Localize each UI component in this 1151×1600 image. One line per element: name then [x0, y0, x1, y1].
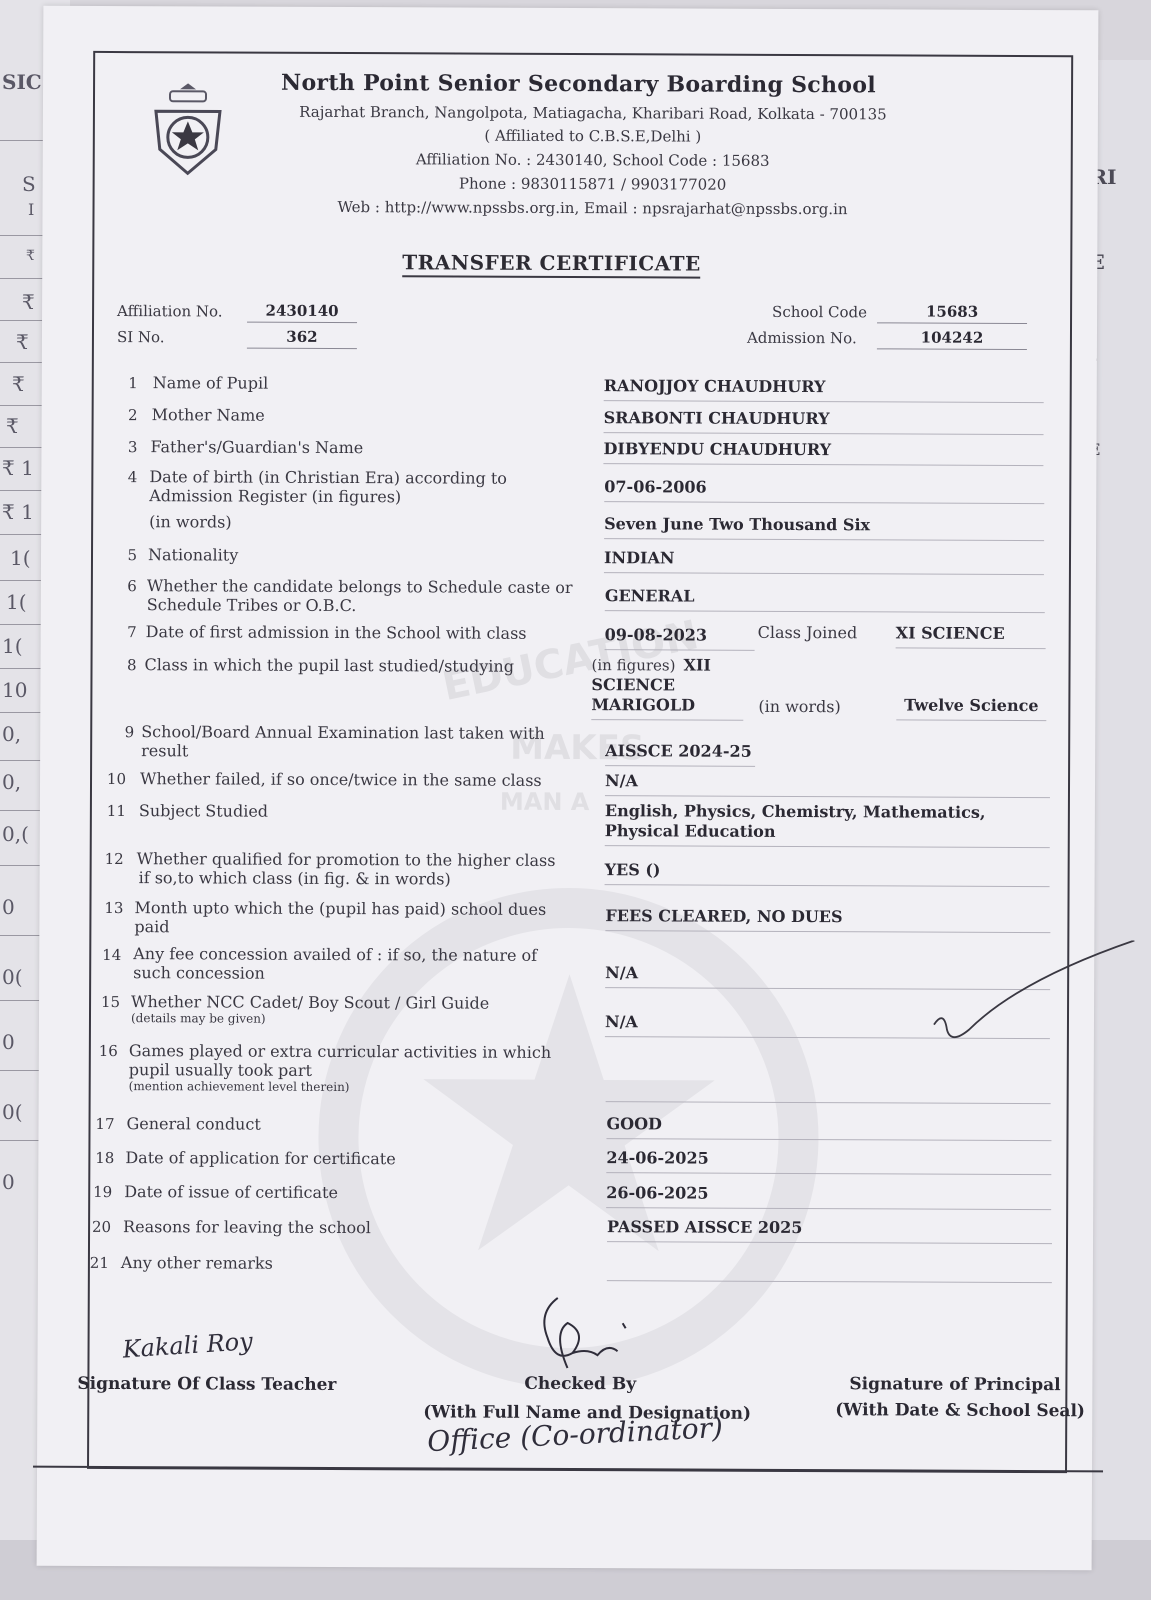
field-label-first-admission: Date of first admission in the School wi… [146, 622, 527, 643]
field-value-last-class: XII [683, 656, 710, 676]
in-figures-label: (in figures) [591, 656, 675, 674]
field-label-application-date: Date of application for certificate [125, 1148, 395, 1168]
field-value-dues: FEES CLEARED, NO DUES [605, 906, 1050, 933]
background-fragment: 0, [2, 770, 21, 794]
field-label-line: paid [134, 917, 169, 936]
row-number: 14 [95, 946, 121, 964]
row-number: 19 [86, 1183, 112, 1201]
field-label-line: Date of birth (in Christian Era) accordi… [149, 467, 507, 488]
row-number: 4 [111, 468, 137, 486]
field-value-activities [606, 1076, 1051, 1104]
checked-by-label: Checked By [524, 1374, 636, 1394]
background-fragment: ₹ [26, 248, 35, 264]
background-fragment: S [22, 172, 36, 196]
field-label-line: pupil usually took part [129, 1060, 312, 1080]
field-label-line: Month upto which the (pupil has paid) sc… [134, 898, 546, 919]
field-value-dob-figures: 07-06-2006 [604, 477, 1044, 504]
subjects-line: Physical Education [605, 821, 776, 841]
background-fragment: 1( [10, 546, 31, 570]
field-value-last-class-stream: SCIENCE [591, 675, 675, 695]
background-fragment: ₹ [16, 330, 29, 354]
field-label-dob: Date of birth (in Christian Era) accordi… [149, 467, 507, 507]
affiliation-no-label: Affiliation No. [117, 302, 223, 320]
row-number: 1 [112, 374, 138, 392]
field-label-line: Whether qualified for promotion to the h… [137, 849, 556, 870]
row-number: 21 [83, 1254, 109, 1272]
field-label-dob-words: (in words) [149, 512, 232, 531]
field-value-nationality: INDIAN [604, 548, 1044, 575]
field-value-promotion: YES () [605, 860, 1050, 887]
field-value-last-class-section: MARIGOLD [591, 695, 743, 721]
field-label-line: Any fee concession availed of : if so, t… [133, 944, 537, 965]
field-label-nationality: Nationality [148, 545, 238, 564]
tick-mark-icon [929, 940, 1139, 1051]
school-name: North Point Senior Secondary Boarding Sc… [281, 70, 876, 99]
field-label-line: such concession [133, 963, 265, 983]
field-label-last-class: Class in which the pupil last studied/st… [144, 655, 514, 676]
row-number: 16 [92, 1042, 118, 1060]
field-label-fee-concession: Any fee concession availed of : if so, t… [133, 944, 537, 984]
admission-no-label: Admission No. [747, 329, 857, 347]
field-label-line: Whether the candidate belongs to Schedul… [147, 576, 573, 597]
field-label-activities: Games played or extra curricular activit… [129, 1041, 552, 1095]
web-email-line: Web : http://www.npssbs.org.in, Email : … [162, 197, 1022, 219]
field-value-failed: N/A [605, 771, 1050, 798]
field-label-failed: Whether failed, if so once/twice in the … [140, 769, 542, 790]
row-number: 7 [111, 623, 137, 641]
row-number: 17 [88, 1115, 114, 1133]
field-label-conduct: General conduct [126, 1114, 260, 1134]
field-label-ncc: Whether NCC Cadet/ Boy Scout / Girl Guid… [131, 992, 489, 1027]
sl-no-value: 362 [247, 328, 357, 349]
principal-signature-sublabel: (With Date & School Seal) [835, 1400, 1085, 1421]
field-value-first-admission: 09-08-2023 [605, 625, 755, 651]
class-teacher-signature-label: Signature Of Class Teacher [77, 1374, 336, 1395]
background-fragment: ₹ [22, 290, 35, 314]
admission-no-value: 104242 [877, 328, 1027, 350]
in-words-label: (in words) [758, 697, 841, 716]
transfer-certificate-document: ★ EDUCATION MAKES MAN A North Point Seni… [37, 6, 1099, 1571]
field-value-conduct: GOOD [606, 1114, 1051, 1141]
background-fragment: 1( [2, 634, 23, 658]
field-label-last-exam: School/Board Annual Examination last tak… [141, 722, 545, 762]
background-fragment: 0,( [2, 822, 29, 846]
field-label-line: (details may be given) [131, 1011, 489, 1027]
field-value-issue-date: 26-06-2025 [606, 1183, 1051, 1210]
affiliation-note: ( Affiliated to C.B.S.E,Delhi ) [163, 125, 1023, 147]
row-number: 18 [88, 1149, 114, 1167]
field-label-line: Schedule Tribes or O.B.C. [147, 595, 357, 615]
field-label-line: if so,to which class (in fig. & in words… [137, 868, 451, 888]
subjects-line: English, Physics, Chemistry, Mathematics… [605, 801, 986, 822]
background-fragment: ₹ 1 [2, 456, 34, 480]
row-number: 3 [111, 438, 137, 456]
field-label-pupil-name: Name of Pupil [153, 373, 269, 393]
background-fragment: 0( [2, 965, 23, 989]
school-code-label: School Code [772, 303, 867, 321]
field-value-pupil-name: RANOJJOY CHAUDHURY [604, 376, 1044, 403]
row-number: 8 [110, 656, 136, 674]
field-label-leaving-reason: Reasons for leaving the school [123, 1217, 371, 1237]
background-fragment: 0, [2, 722, 21, 746]
field-label-line: (mention achievement level therein) [129, 1079, 551, 1095]
school-address: Rajarhat Branch, Nangolpota, Matiagacha,… [163, 102, 1023, 124]
document-title: TRANSFER CERTIFICATE [402, 250, 701, 278]
field-label-father-name: Father's/Guardian's Name [150, 437, 363, 457]
background-fragment: SIC [2, 70, 42, 94]
field-value-last-exam: AISSCE 2024-25 [605, 741, 755, 767]
phone-line: Phone : 9830115871 / 9903177020 [163, 173, 1023, 195]
row-number: 9 [108, 723, 134, 741]
school-code-value: 15683 [877, 302, 1027, 324]
background-fragment: ₹ 1 [2, 500, 34, 524]
sl-no-label: SI No. [117, 328, 165, 346]
background-fragment: 1( [6, 590, 27, 614]
field-label-line: Admission Register (in figures) [149, 486, 401, 506]
affiliation-line: Affiliation No. : 2430140, School Code :… [163, 149, 1023, 171]
row-number: 13 [97, 899, 123, 917]
field-value-mother-name: SRABONTI CHAUDHURY [604, 408, 1044, 435]
field-value-remarks [607, 1255, 1052, 1283]
class-joined-value: XI SCIENCE [896, 623, 1046, 649]
field-label-dues: Month upto which the (pupil has paid) sc… [134, 898, 546, 938]
watermark-motto: MAN A [500, 788, 590, 816]
field-value-category: GENERAL [605, 586, 1045, 613]
field-label-remarks: Any other remarks [121, 1253, 273, 1273]
background-fragment: 0 [2, 1030, 15, 1054]
field-label-line: School/Board Annual Examination last tak… [141, 722, 545, 743]
field-value-application-date: 24-06-2025 [606, 1148, 1051, 1175]
background-fragment: ₹ [6, 414, 19, 438]
background-fragment: 0 [2, 1170, 15, 1194]
affiliation-no-value: 2430140 [247, 302, 357, 323]
background-fragment: 0( [2, 1100, 23, 1124]
field-label-line: Whether NCC Cadet/ Boy Scout / Girl Guid… [131, 992, 489, 1013]
row-number: 15 [94, 993, 120, 1011]
field-label-subjects: Subject Studied [139, 801, 268, 821]
field-value-leaving-reason: PASSED AISSCE 2025 [607, 1217, 1052, 1244]
field-label-promotion: Whether qualified for promotion to the h… [137, 849, 556, 889]
field-value-dob-words: Seven June Two Thousand Six [604, 514, 1044, 541]
background-fragment: I [28, 200, 34, 219]
background-fragment: 10 [2, 678, 27, 702]
row-number: 12 [98, 850, 124, 868]
field-label-category: Whether the candidate belongs to Schedul… [147, 576, 573, 616]
field-label-mother-name: Mother Name [152, 405, 265, 424]
row-number: 11 [100, 802, 126, 820]
field-label-line: Games played or extra curricular activit… [129, 1041, 551, 1062]
background-fragment: ₹ [12, 372, 25, 396]
class-joined-label: Class Joined [758, 623, 858, 642]
field-value-father-name: DIBYENDU CHAUDHURY [603, 439, 1043, 466]
background-fragment: 0 [2, 895, 15, 919]
row-number: 6 [111, 577, 137, 595]
row-number: 5 [111, 546, 137, 564]
field-value-last-class-words: Twelve Science [896, 695, 1046, 721]
field-value-subjects: English, Physics, Chemistry, Mathematics… [605, 801, 1050, 848]
row-number: 20 [85, 1218, 111, 1236]
row-number: 2 [112, 406, 138, 424]
row-number: 10 [100, 770, 126, 788]
checker-signature [527, 1293, 647, 1384]
field-label-issue-date: Date of issue of certificate [124, 1182, 338, 1202]
field-label-line: result [141, 741, 188, 760]
principal-signature-label: Signature of Principal [849, 1374, 1060, 1395]
